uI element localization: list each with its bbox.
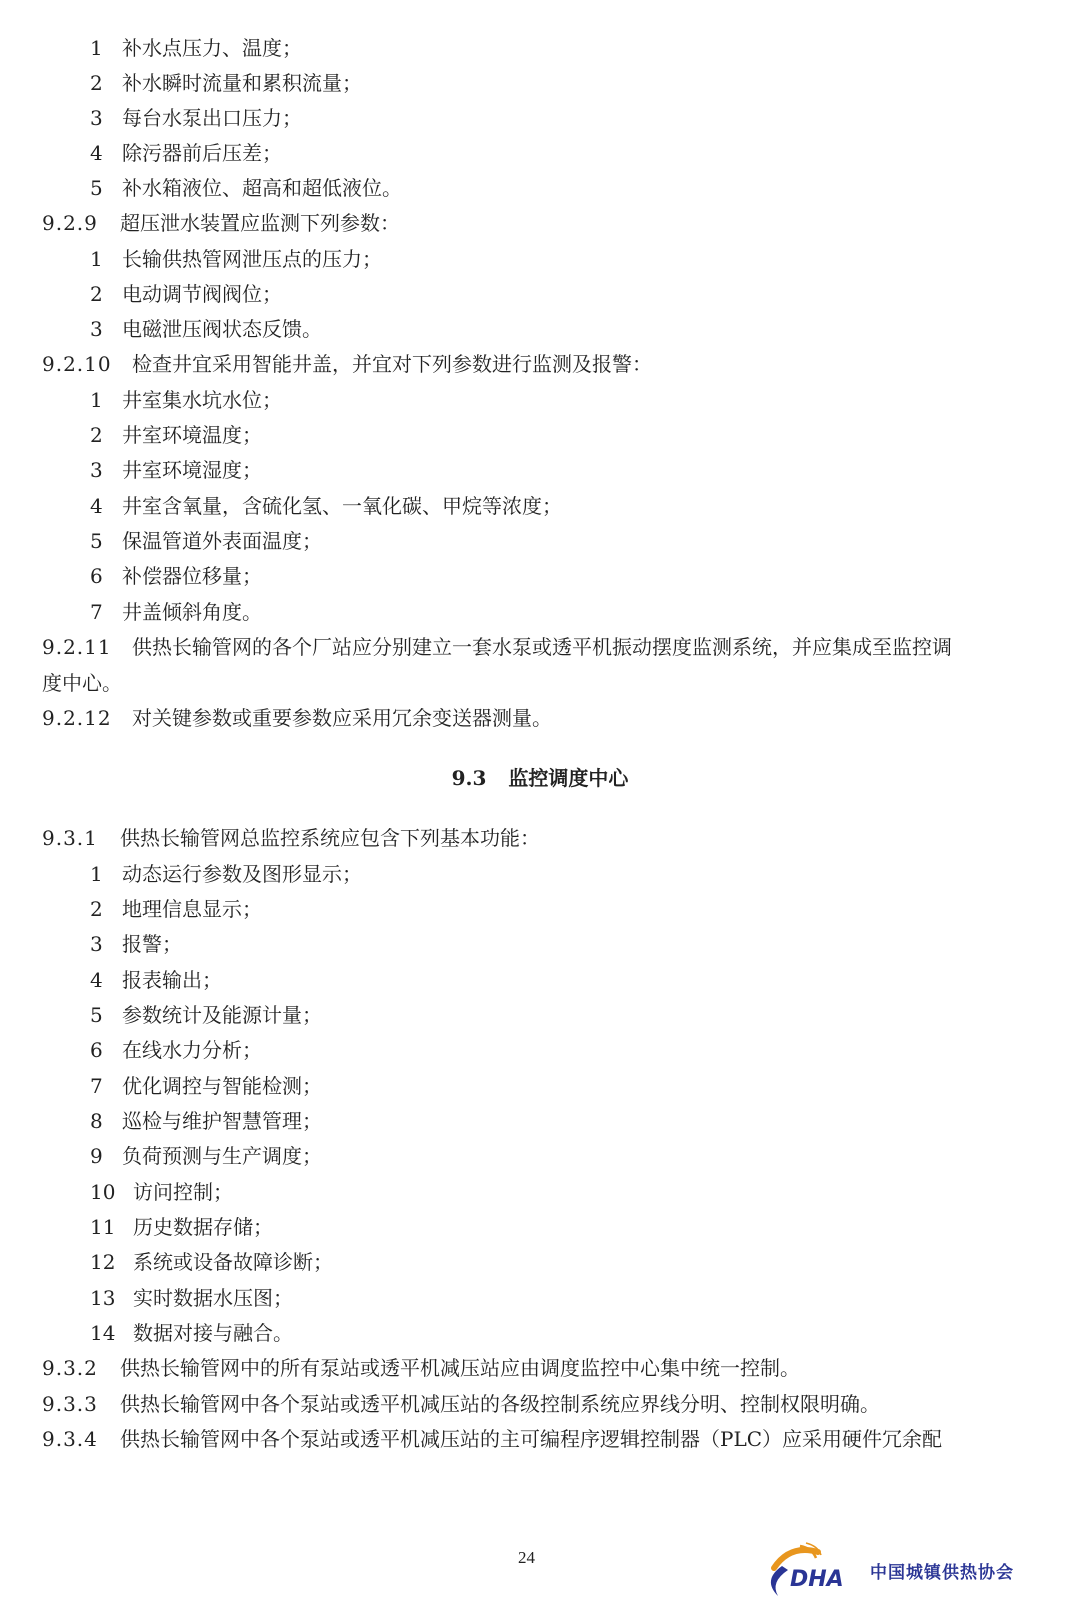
clause-text: 供热长输管网中各个泵站或透平机减压站的各级控制系统应界线分明、控制权限明确。 xyxy=(120,1390,880,1418)
clause-text: 度中心。 xyxy=(42,669,122,697)
list-item-number: 9 xyxy=(90,1142,103,1170)
list-item-number: 2 xyxy=(90,895,103,923)
list-item-text: 电动调节阀阀位； xyxy=(122,280,282,308)
list-item-number: 10 xyxy=(90,1178,115,1206)
list-item-text: 补偿器位移量； xyxy=(122,562,262,590)
list-item-number: 14 xyxy=(90,1319,115,1347)
list-item-number: 11 xyxy=(90,1213,115,1241)
list-item-text: 动态运行参数及图形显示； xyxy=(122,860,362,888)
list-item-number: 1 xyxy=(90,860,103,888)
list-item-number: 3 xyxy=(90,930,103,958)
section-number: 9.3 xyxy=(452,766,487,790)
cdha-logo-icon: DHA xyxy=(760,1540,870,1600)
list-item-number: 3 xyxy=(90,456,103,484)
list-item-number: 5 xyxy=(90,527,103,555)
list-item-number: 1 xyxy=(90,34,103,62)
list-item-text: 历史数据存储； xyxy=(133,1213,273,1241)
clause-text: 检查井宜采用智能井盖，并宜对下列参数进行监测及报警： xyxy=(132,350,652,378)
list-item-number: 4 xyxy=(90,492,103,520)
list-item-number: 2 xyxy=(90,280,103,308)
list-item-number: 4 xyxy=(90,966,103,994)
list-item-text: 井室集水坑水位； xyxy=(122,386,282,414)
svg-text:DHA: DHA xyxy=(790,1567,844,1592)
list-item-text: 地理信息显示； xyxy=(122,895,262,923)
list-item-number: 5 xyxy=(90,174,103,202)
list-item-text: 系统或设备故障诊断； xyxy=(133,1248,333,1276)
list-item-number: 2 xyxy=(90,69,103,97)
list-item-number: 7 xyxy=(90,1072,103,1100)
list-item-text: 井盖倾斜角度。 xyxy=(122,598,262,626)
list-item-text: 数据对接与融合。 xyxy=(133,1319,293,1347)
clause-text: 对关键参数或重要参数应采用冗余变送器测量。 xyxy=(132,704,552,732)
list-item-text: 巡检与维护智慧管理； xyxy=(122,1107,322,1135)
clause-number: 9.2.10 xyxy=(42,350,112,378)
list-item-text: 访问控制； xyxy=(133,1178,233,1206)
clause-text: 供热长输管网总监控系统应包含下列基本功能： xyxy=(120,824,540,852)
list-item-text: 井室环境湿度； xyxy=(122,456,262,484)
list-item-text: 报表输出； xyxy=(122,966,222,994)
list-item-text: 补水瞬时流量和累积流量； xyxy=(122,69,362,97)
list-item-number: 7 xyxy=(90,598,103,626)
list-item-number: 8 xyxy=(90,1107,103,1135)
list-item-number: 6 xyxy=(90,562,103,590)
list-item-number: 1 xyxy=(90,245,103,273)
list-item-text: 除污器前后压差； xyxy=(122,139,282,167)
cdha-logo: DHA 中国城镇供热协会 xyxy=(760,1540,1060,1600)
clause-text: 超压泄水装置应监测下列参数： xyxy=(120,209,400,237)
list-item-text: 参数统计及能源计量； xyxy=(122,1001,322,1029)
list-item-text: 长输供热管网泄压点的压力； xyxy=(122,245,382,273)
list-item-number: 4 xyxy=(90,139,103,167)
section-heading: 9.3监控调度中心 xyxy=(0,764,1080,792)
clause-text: 供热长输管网的各个厂站应分别建立一套水泵或透平机振动摆度监测系统，并应集成至监控… xyxy=(132,633,952,661)
list-item-text: 在线水力分析； xyxy=(122,1036,262,1064)
list-item-number: 12 xyxy=(90,1248,115,1276)
list-item-number: 13 xyxy=(90,1284,115,1312)
clause-number: 9.2.9 xyxy=(42,209,98,237)
clause-text: 供热长输管网中各个泵站或透平机减压站的主可编程序逻辑控制器（PLC）应采用硬件冗… xyxy=(120,1425,942,1453)
list-item-text: 负荷预测与生产调度； xyxy=(122,1142,322,1170)
clause-number: 9.3.3 xyxy=(42,1390,98,1418)
list-item-number: 3 xyxy=(90,315,103,343)
page-number: 24 xyxy=(518,1548,535,1568)
list-item-text: 保温管道外表面温度； xyxy=(122,527,322,555)
section-title: 监控调度中心 xyxy=(508,766,628,790)
clause-number: 9.2.11 xyxy=(42,633,112,661)
list-item-text: 每台水泵出口压力； xyxy=(122,104,302,132)
clause-text: 供热长输管网中的所有泵站或透平机减压站应由调度监控中心集中统一控制。 xyxy=(120,1354,800,1382)
clause-number: 9.3.2 xyxy=(42,1354,98,1382)
list-item-number: 1 xyxy=(90,386,103,414)
clause-number: 9.3.4 xyxy=(42,1425,98,1453)
clause-number: 9.2.12 xyxy=(42,704,112,732)
list-item-number: 5 xyxy=(90,1001,103,1029)
list-item-text: 补水箱液位、超高和超低液位。 xyxy=(122,174,402,202)
list-item-text: 井室含氧量，含硫化氢、一氧化碳、甲烷等浓度； xyxy=(122,492,562,520)
list-item-text: 实时数据水压图； xyxy=(133,1284,293,1312)
clause-number: 9.3.1 xyxy=(42,824,98,852)
list-item-text: 补水点压力、温度； xyxy=(122,34,302,62)
list-item-text: 井室环境温度； xyxy=(122,421,262,449)
org-name: 中国城镇供热协会 xyxy=(870,1558,1014,1583)
list-item-text: 优化调控与智能检测； xyxy=(122,1072,322,1100)
list-item-number: 2 xyxy=(90,421,103,449)
list-item-number: 6 xyxy=(90,1036,103,1064)
list-item-number: 3 xyxy=(90,104,103,132)
list-item-text: 报警； xyxy=(122,930,182,958)
list-item-text: 电磁泄压阀状态反馈。 xyxy=(122,315,322,343)
